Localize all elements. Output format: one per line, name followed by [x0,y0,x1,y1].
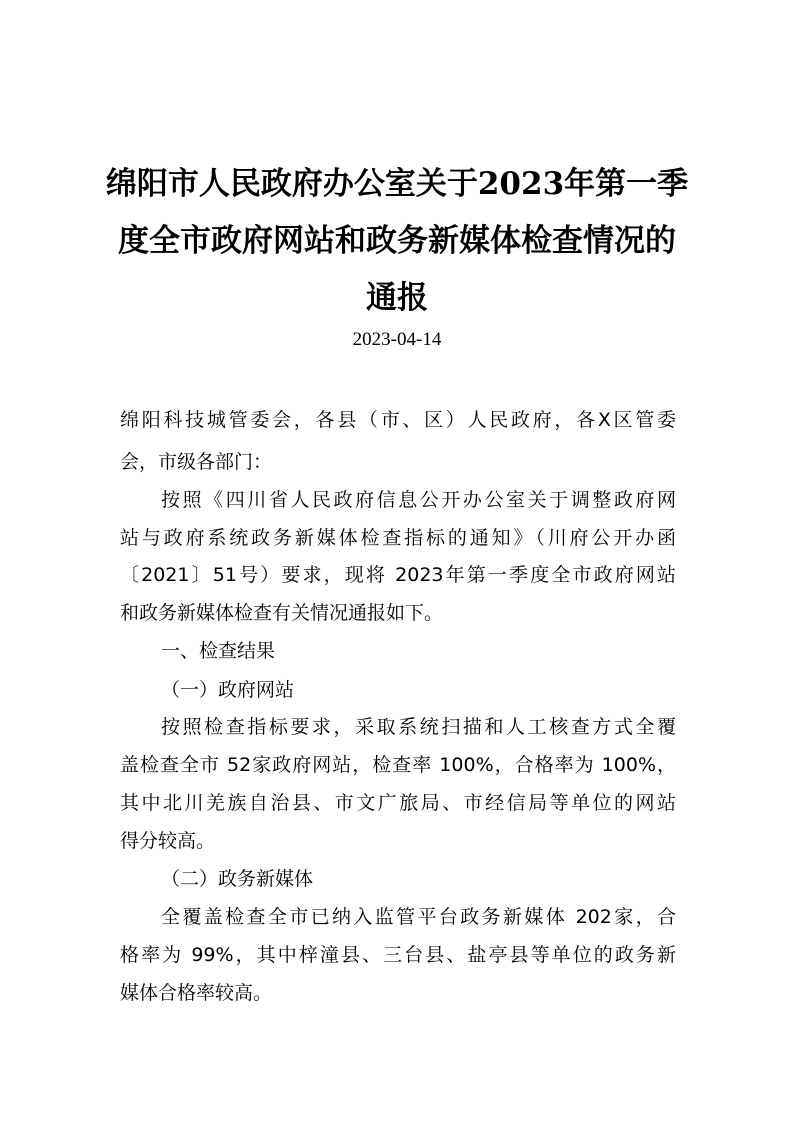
document-title-line-3: 通报 [0,278,794,318]
intro-line-2: 站与政府系统政务新媒体检查指标的通知》（川府公开办函 [120,525,676,551]
subsection-heading-websites: （一）政府网站 [161,677,676,703]
recipients-line-1: 绵阳科技城管委会，各县（市、区）人民政府，各X区管委 [120,407,676,433]
document-title-line-1: 绵阳市人民政府办公室关于2023年第一季 [0,164,794,204]
websites-line-3: 其中北川羌族自治县、市文广旅局、市经信局等单位的网站 [120,790,676,816]
section-heading-results: 一、检查结果 [161,638,676,664]
recipients-line-2: 会，市级各部门： [120,449,676,475]
subsection-heading-new-media: （二）政务新媒体 [161,866,676,892]
document-page: 绵阳市人民政府办公室关于2023年第一季 度全市政府网站和政务新媒体检查情况的 … [0,0,794,1122]
new-media-line-1: 全覆盖检查全市已纳入监管平台政务新媒体 202家，合 [161,904,676,930]
new-media-line-2: 格率为 99%，其中梓潼县、三台县、盐亭县等单位的政务新 [120,942,676,968]
document-title-line-2: 度全市政府网站和政务新媒体检查情况的 [0,221,794,261]
publish-date: 2023-04-14 [0,328,794,352]
intro-line-1: 按照《四川省人民政府信息公开办公室关于调整政府网 [161,487,676,513]
websites-line-2: 盖检查全市 52家政府网站，检查率 100%，合格率为 100%， [120,752,676,778]
websites-line-1: 按照检查指标要求，采取系统扫描和人工核查方式全覆 [161,714,676,740]
intro-line-4: 和政务新媒体检查有关情况通报如下。 [120,600,676,626]
websites-line-4: 得分较高。 [120,828,676,854]
intro-line-3: 〔2021〕51号）要求，现将 2023年第一季度全市政府网站 [120,562,676,588]
new-media-line-3: 媒体合格率较高。 [120,980,676,1006]
